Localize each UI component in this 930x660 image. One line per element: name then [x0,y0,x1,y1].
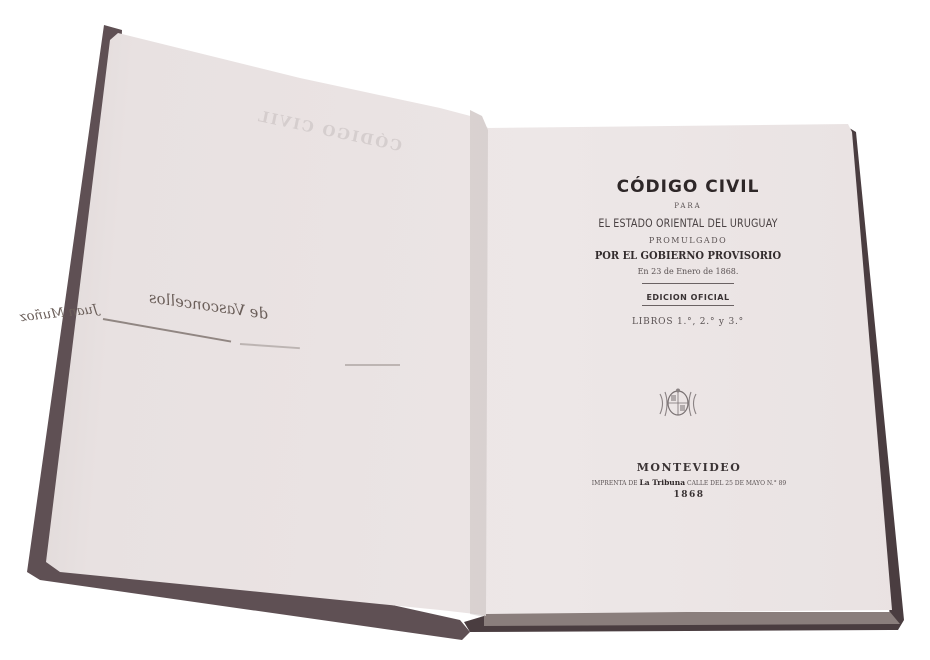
printer-address: CALLE DEL 25 DE MAYO N.° 89 [687,480,786,487]
title-para: PARA [573,202,803,210]
imprint-block: MONTEVIDEO IMPRENTA DE La Tribuna CALLE … [573,461,805,500]
imprint-city: MONTEVIDEO [573,461,805,474]
book-photo: CÓDIGO CIVIL de Vasconcellos Juan Muñoz … [0,0,930,660]
book-title: CÓDIGO CIVIL [573,176,803,198]
coat-of-arms-icon [657,388,699,418]
printer-name: La Tribuna [639,478,685,487]
imprint-printer: IMPRENTA DE La Tribuna CALLE DEL 25 DE M… [573,478,805,487]
title-promulgado: PROMULGADO [573,236,803,245]
title-date: En 23 de Enero de 1868. [573,267,803,276]
edition-box: EDICION OFICIAL [642,283,733,306]
title-gobierno: POR EL GOBIERNO PROVISORIO [585,249,792,262]
title-block: CÓDIGO CIVIL PARA EL ESTADO ORIENTAL DEL… [573,176,803,327]
title-estado: EL ESTADO ORIENTAL DEL URUGUAY [582,216,794,230]
imprint-year: 1868 [573,490,805,500]
edition-label: EDICION OFICIAL [646,293,729,302]
books-label: LIBROS 1.°, 2.° y 3.° [573,317,803,327]
signature-stroke [345,364,400,366]
